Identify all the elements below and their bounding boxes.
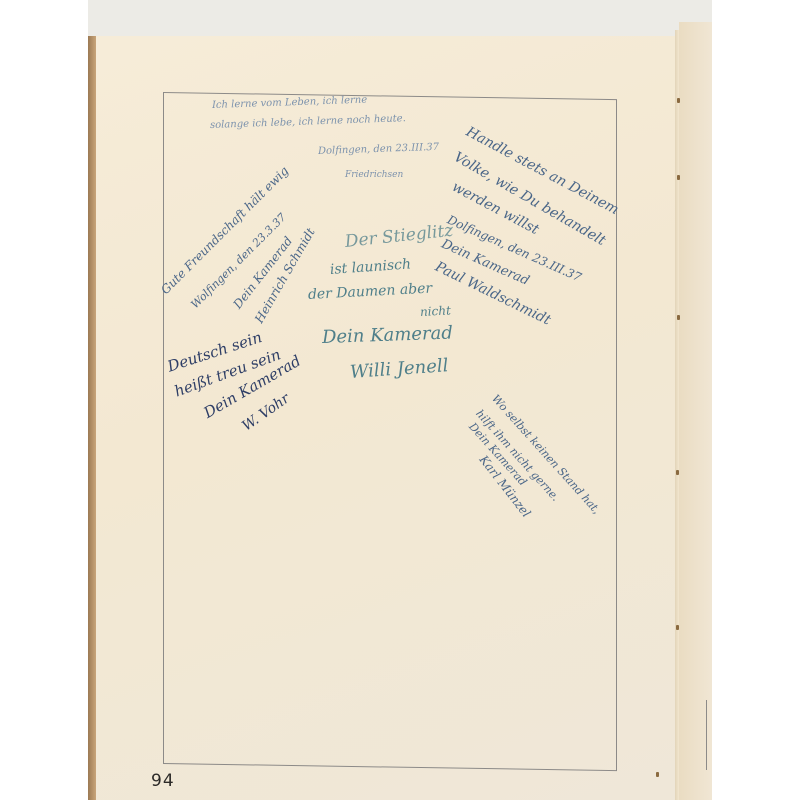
binding-stitch bbox=[677, 175, 680, 180]
printed-page-frame bbox=[163, 92, 617, 771]
book-spine-edge bbox=[88, 36, 96, 800]
inscription-signature: Friedrichsen bbox=[345, 170, 403, 180]
binding-stitch bbox=[676, 625, 679, 630]
facing-page-edge bbox=[679, 22, 712, 800]
binding-stitch bbox=[676, 470, 679, 475]
page-number: 94 bbox=[151, 771, 175, 791]
inscription-line: nicht bbox=[420, 303, 452, 319]
facing-page-frame bbox=[706, 700, 717, 770]
binding-stitch bbox=[677, 98, 680, 103]
binding-stitch bbox=[656, 772, 659, 777]
binding-stitch bbox=[677, 315, 680, 320]
